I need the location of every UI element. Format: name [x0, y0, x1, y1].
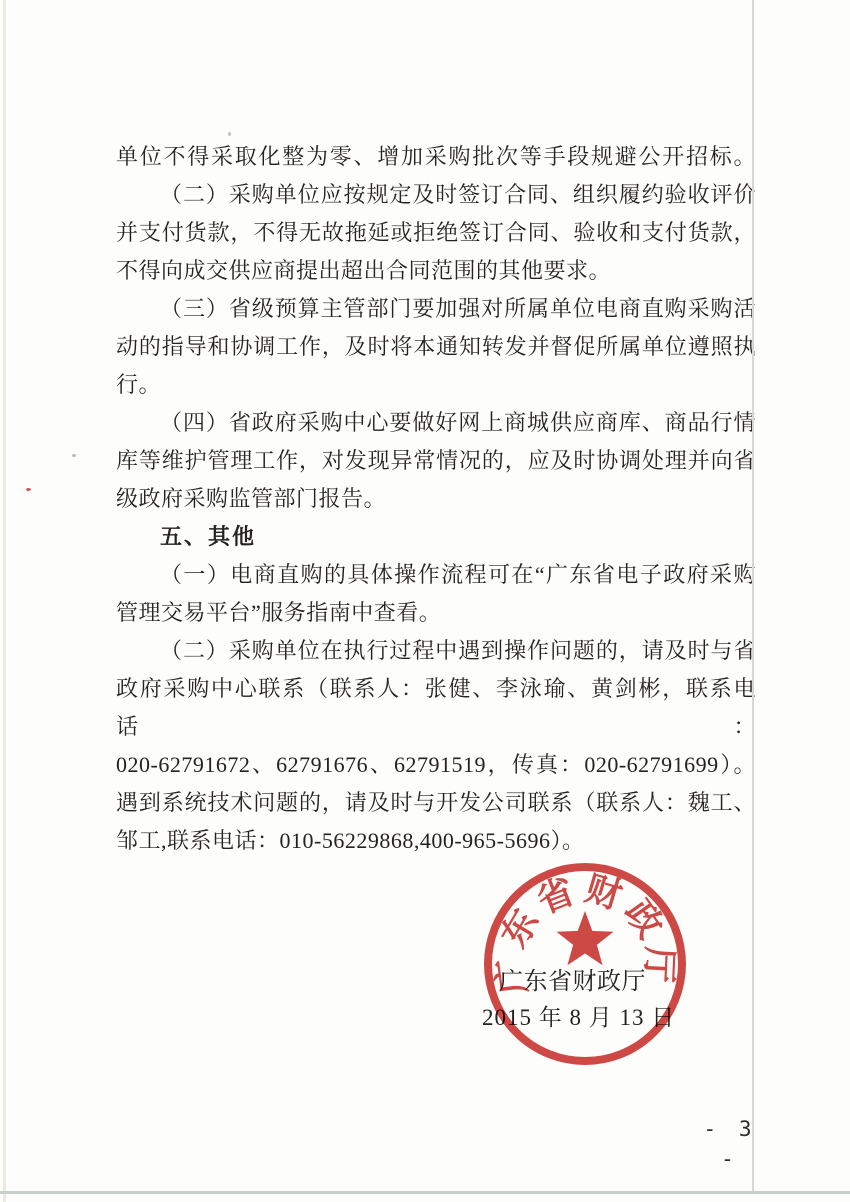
doc-section-heading: 五、其他: [116, 518, 756, 556]
doc-line: 库等维护管理工作，对发现异常情况的，应及时协调处理并向省: [116, 442, 756, 480]
doc-line: 不得向成交供应商提出超出合同范围的其他要求。: [116, 252, 756, 290]
scan-speck: [26, 488, 31, 491]
doc-line: 并支付货款，不得无故拖延或拒绝签订合同、验收和支付货款，: [116, 214, 756, 252]
doc-line: （二）采购单位在执行过程中遇到操作问题的，请及时与省: [116, 632, 756, 670]
scan-speck: [228, 132, 231, 136]
document-body: 单位不得采取化整为零、增加采购批次等手段规避公开招标。 （二）采购单位应按规定及…: [116, 138, 756, 860]
scan-speck: [72, 454, 76, 457]
document-page: 单位不得采取化整为零、增加采购批次等手段规避公开招标。 （二）采购单位应按规定及…: [0, 0, 850, 1202]
seal-star-icon: [557, 911, 614, 965]
doc-line: 政府采购中心联系（联系人：张健、李泳瑜、黄剑彬，联系电话：: [116, 670, 756, 746]
scan-edge-left: [3, 0, 6, 1202]
scan-fold-line: [752, 0, 754, 1193]
doc-line: （四）省政府采购中心要做好网上商城供应商库、商品行情: [116, 404, 756, 442]
scan-speck: [611, 309, 615, 313]
doc-line: 单位不得采取化整为零、增加采购批次等手段规避公开招标。: [116, 138, 756, 176]
doc-line: （一）电商直购的具体操作流程可在“广东省电子政府采购: [116, 556, 756, 594]
doc-line: 管理交易平台”服务指南中查看。: [116, 594, 756, 632]
doc-line: 遇到系统技术问题的，请及时与开发公司联系（联系人：魏工、: [116, 784, 756, 822]
doc-line: 020-62791672、62791676、62791519，传真：020-62…: [116, 746, 756, 784]
doc-line: （二）采购单位应按规定及时签订合同、组织履约验收评价: [116, 176, 756, 214]
doc-line: 行。: [116, 366, 756, 404]
doc-line: 动的指导和协调工作，及时将本通知转发并督促所属单位遵照执: [116, 328, 756, 366]
doc-line: 级政府采购监管部门报告。: [116, 480, 756, 518]
scan-speck: [416, 645, 420, 648]
doc-line: （三）省级预算主管部门要加强对所属单位电商直购采购活: [116, 290, 756, 328]
scan-edge-bottom: [0, 1191, 850, 1194]
official-seal-stamp: 广东省财政厅: [470, 849, 700, 1079]
